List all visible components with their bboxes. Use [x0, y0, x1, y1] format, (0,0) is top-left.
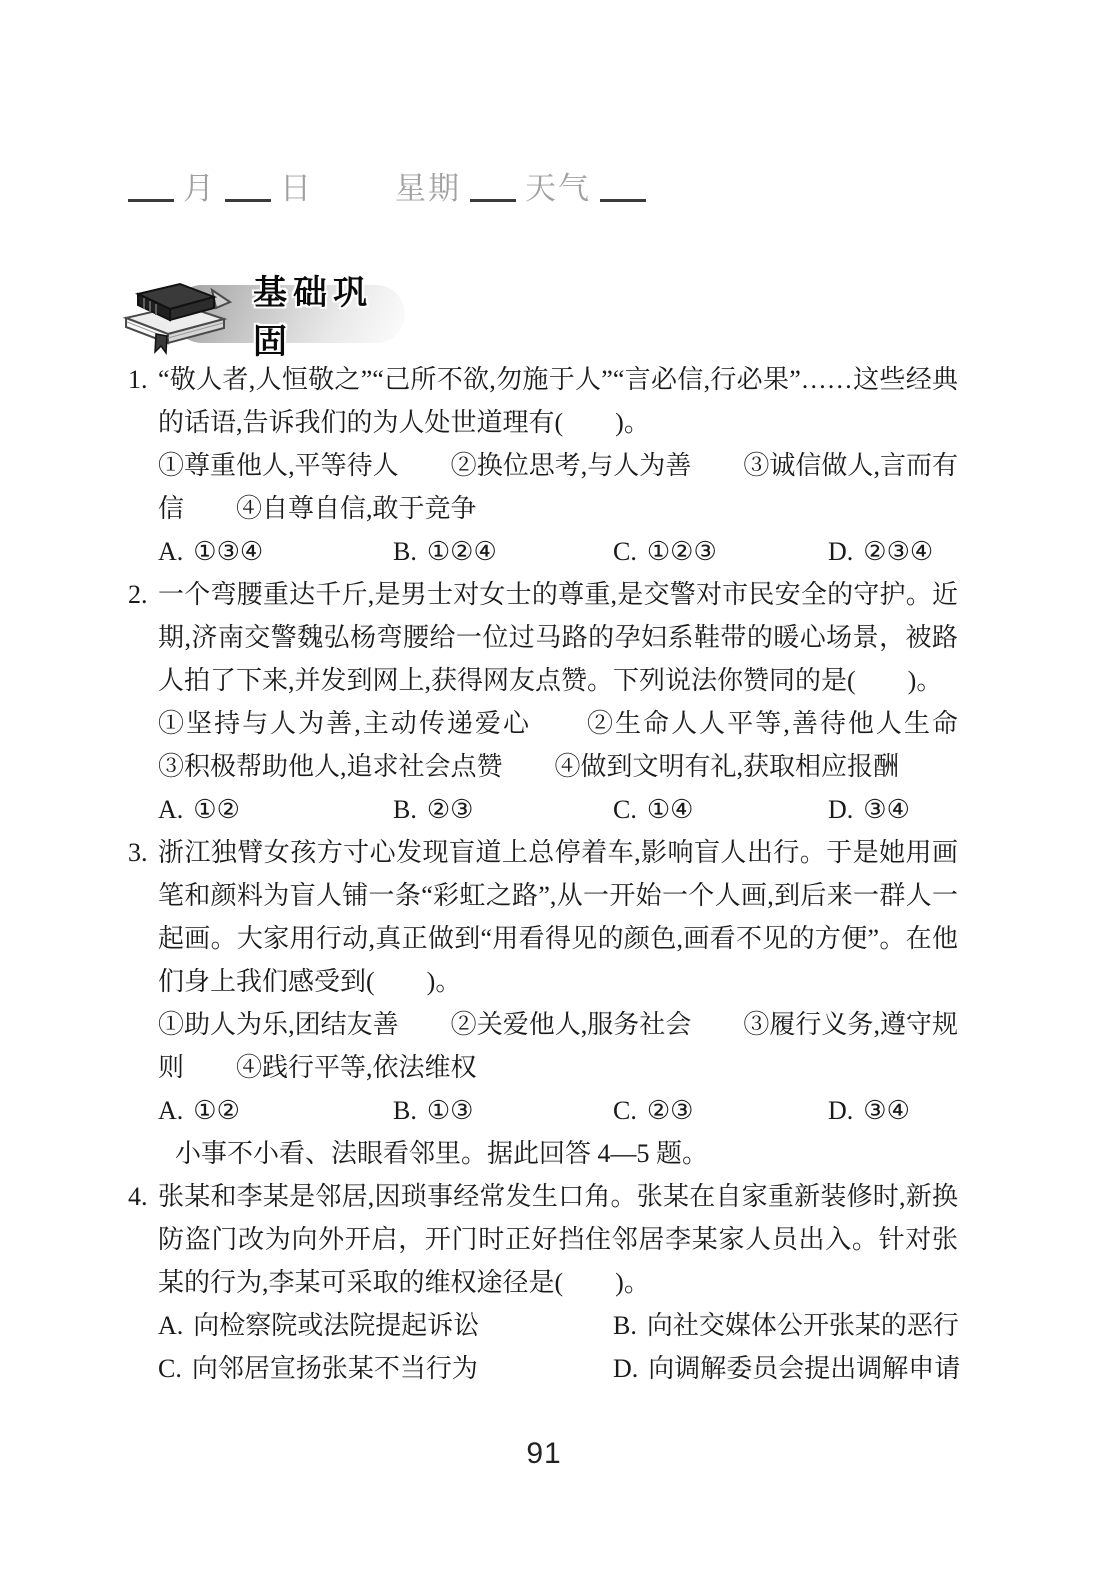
options-grid: A.向检察院或法院提起诉讼 B.向社交媒体公开张某的恶行 C.向邻居宣扬张某不当… [158, 1304, 958, 1390]
question-items: ①助人为乐,团结友善 ②关爱他人,服务社会 ③履行义务,遵守规则 ④践行平等,依… [158, 1003, 958, 1089]
week-blank [470, 196, 516, 202]
options-row: A.①③④ B.①②④ C.①②③ D.②③④ [158, 530, 958, 573]
option-c: C.①④ [613, 788, 828, 831]
weather-blank [600, 196, 646, 202]
option-d: D.③④ [828, 788, 958, 831]
option-c: C.向邻居宣扬张某不当行为 [158, 1347, 613, 1390]
option-b: B.②③ [393, 788, 613, 831]
question-stem: 一个弯腰重达千斤,是男士对女士的尊重,是交警对市民安全的守护。近期,济南交警魏弘… [158, 573, 958, 702]
option-d: D.②③④ [828, 530, 958, 573]
question-4: 4. 张某和李某是邻居,因琐事经常发生口角。张某在自家重新装修时,新换防盗门改为… [128, 1175, 958, 1390]
question-2: 2. 一个弯腰重达千斤,是男士对女士的尊重,是交警对市民安全的守护。近期,济南交… [128, 573, 958, 831]
workbook-page: 月 日 星期 天气 基础巩固 [0, 0, 1110, 1571]
section-badge: 基础巩固 [128, 278, 958, 350]
option-a: A.①③④ [158, 530, 393, 573]
question-items: ①尊重他人,平等待人 ②换位思考,与人为善 ③诚信做人,言而有信 ④自尊自信,敢… [158, 444, 958, 530]
question-1: 1. “敬人者,人恒敬之”“己所不欲,勿施于人”“言必信,行必果”……这些经典的… [128, 358, 958, 573]
options-row: A.①② B.①③ C.②③ D.③④ [158, 1089, 958, 1132]
option-d: D.向调解委员会提出调解申请 [613, 1347, 960, 1390]
day-blank [225, 196, 271, 202]
week-label: 星期 [395, 173, 461, 204]
question-area: 1. “敬人者,人恒敬之”“己所不欲,勿施于人”“言必信,行必果”……这些经典的… [128, 358, 958, 1390]
page-number: 91 [0, 1437, 1088, 1471]
question-number: 3. [128, 831, 158, 1132]
question-stem: “敬人者,人恒敬之”“己所不欲,勿施于人”“言必信,行必果”……这些经典的话语,… [158, 358, 958, 444]
question-number: 1. [128, 358, 158, 573]
option-a: A.①② [158, 788, 393, 831]
question-number: 2. [128, 573, 158, 831]
weather-label: 天气 [525, 173, 591, 204]
date-header: 月 日 星期 天气 [128, 0, 958, 204]
section-badge-label: 基础巩固 [253, 265, 405, 363]
question-stem: 张某和李某是邻居,因琐事经常发生口角。张某在自家重新装修时,新换防盗门改为向外开… [158, 1175, 958, 1304]
question-items: ①坚持与人为善,主动传递爱心 ②生命人人平等,善待他人生命 ③积极帮助他人,追求… [158, 702, 958, 788]
books-icon [116, 272, 240, 356]
option-a: A.①② [158, 1089, 393, 1132]
option-b: B.向社交媒体公开张某的恶行 [613, 1304, 960, 1347]
day-label: 日 [280, 173, 313, 204]
option-b: B.①②④ [393, 530, 613, 573]
option-b: B.①③ [393, 1089, 613, 1132]
question-number: 4. [128, 1175, 158, 1390]
month-blank [128, 196, 174, 202]
option-c: C.①②③ [613, 530, 828, 573]
question-stem: 浙江独臂女孩方寸心发现盲道上总停着车,影响盲人出行。于是她用画笔和颜料为盲人铺一… [158, 831, 958, 1003]
question-3: 3. 浙江独臂女孩方寸心发现盲道上总停着车,影响盲人出行。于是她用画笔和颜料为盲… [128, 831, 958, 1132]
option-c: C.②③ [613, 1089, 828, 1132]
passage-intro: 小事不小看、法眼看邻里。据此回答 4—5 题。 [128, 1132, 958, 1175]
option-d: D.③④ [828, 1089, 958, 1132]
options-row: A.①② B.②③ C.①④ D.③④ [158, 788, 958, 831]
month-label: 月 [183, 173, 216, 204]
option-a: A.向检察院或法院提起诉讼 [158, 1304, 613, 1347]
